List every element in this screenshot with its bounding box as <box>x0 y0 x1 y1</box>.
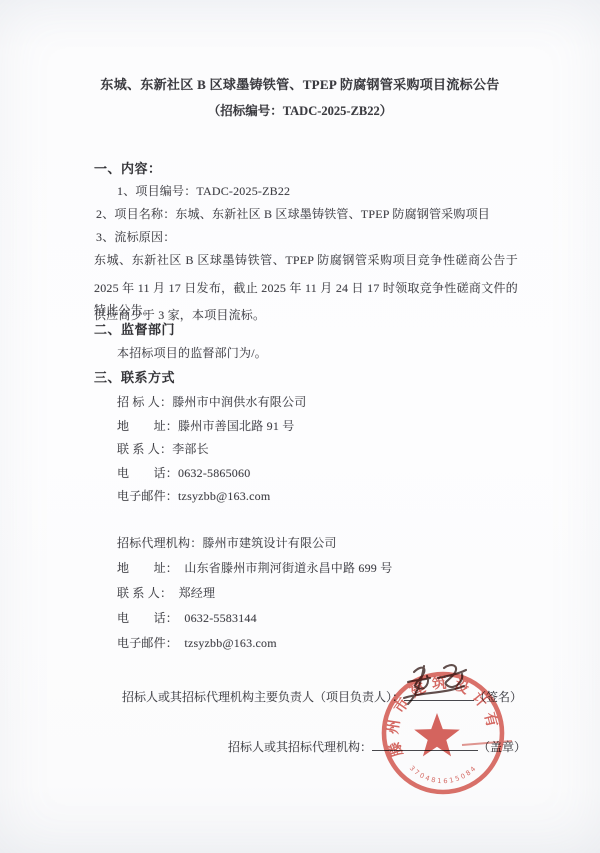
row-value: 郑经理 <box>179 586 216 600</box>
row-label: 地 址： <box>117 419 178 433</box>
section3-heading: 三、联系方式 <box>94 367 175 386</box>
section2-heading: 二、监督部门 <box>94 319 175 338</box>
row-label: 联 系 人： <box>117 442 172 456</box>
row-value: 滕州市建筑设计有限公司 <box>202 536 336 550</box>
row-value: 滕州市中润供水有限公司 <box>172 395 306 409</box>
row-value: tzsyzbb@163.com <box>184 636 276 650</box>
failure-reason-item: 3、流标原因： <box>96 228 175 245</box>
row-label: 招 标 人： <box>117 395 172 409</box>
scanned-document-page: 东城、东新社区 B 区球墨铸铁管、TPEP 防腐钢管采购项目流标公告 （招标编号… <box>0 0 600 853</box>
agency-address-row: 地 址： 山东省滕州市荆河街道永昌中路 699 号 <box>117 556 392 581</box>
row-label: 电 话： <box>117 466 178 480</box>
tenderer-address-row: 地 址：滕州市善国北路 91 号 <box>117 415 306 439</box>
row-label: 联 系 人： <box>117 586 179 600</box>
supervision-department-text: 本招标项目的监督部门为/。 <box>117 344 267 361</box>
handwritten-signature <box>400 660 480 710</box>
row-label: 电子邮件： <box>117 489 178 503</box>
seal-stray-mark <box>462 741 512 745</box>
tenderer-phone-row: 电 话：0632-5865060 <box>117 462 306 486</box>
row-value: 0632-5865060 <box>178 466 250 480</box>
section1-heading: 一、内容： <box>94 158 162 177</box>
tenderer-email-row: 电子邮件：tzsyzbb@163.com <box>117 485 306 509</box>
row-value: 0632-5583144 <box>184 611 256 625</box>
closing-statement: 特此公告。 <box>94 301 155 318</box>
agency-contact-block: 招标代理机构：滕州市建筑设计有限公司 地 址： 山东省滕州市荆河街道永昌中路 6… <box>117 531 392 656</box>
row-label: 招标代理机构： <box>117 536 202 550</box>
tenderer-contact-block: 招 标 人：滕州市中润供水有限公司 地 址：滕州市善国北路 91 号 联 系 人… <box>117 391 306 509</box>
row-value: 滕州市善国北路 91 号 <box>178 419 294 433</box>
project-number-item: 1、项目编号：TADC-2025-ZB22 <box>117 182 290 199</box>
failure-reason-paragraph: 东城、东新社区 B 区球墨铸铁管、TPEP 防腐钢管采购项目竞争性磋商公告于 2… <box>94 247 518 330</box>
document-title: 东城、东新社区 B 区球墨铸铁管、TPEP 防腐钢管采购项目流标公告 <box>0 74 600 93</box>
project-name-item: 2、项目名称：东城、东新社区 B 区球墨铸铁管、TPEP 防腐钢管采购项目 <box>96 205 490 222</box>
agency-name-row: 招标代理机构：滕州市建筑设计有限公司 <box>117 531 392 556</box>
tenderer-name-row: 招 标 人：滕州市中润供水有限公司 <box>117 391 306 415</box>
agency-phone-row: 电 话： 0632-5583144 <box>117 606 392 631</box>
tenderer-contact-person-row: 联 系 人：李部长 <box>117 438 306 462</box>
tender-number-subtitle: （招标编号：TADC-2025-ZB22） <box>0 101 600 119</box>
seal-star-icon <box>414 713 460 756</box>
row-value: 李部长 <box>172 442 209 456</box>
row-value: tzsyzbb@163.com <box>178 489 270 503</box>
row-label: 地 址： <box>117 561 184 575</box>
agency-contact-person-row: 联 系 人： 郑经理 <box>117 581 392 606</box>
row-value: 山东省滕州市荆河街道永昌中路 699 号 <box>184 561 392 575</box>
row-label: 电子邮件： <box>117 636 184 650</box>
row-label: 电 话： <box>117 611 184 625</box>
